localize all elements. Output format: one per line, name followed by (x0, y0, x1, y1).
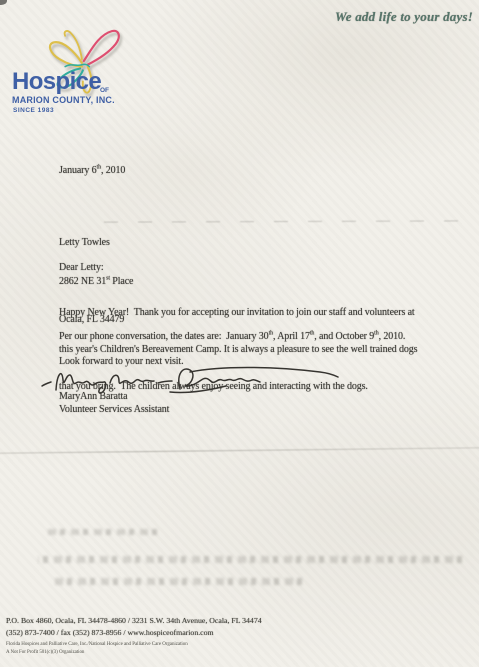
hospice-logo: Hospice OF MARION COUNTY, INC. SINCE 198… (12, 30, 152, 120)
footer-address: P.O. Box 4860, Ocala, FL 34478-4860 / 32… (6, 616, 262, 625)
footer-affiliation: Florida Hospices and Palliative Care, In… (6, 642, 188, 647)
scan-corner-smudge (0, 0, 7, 5)
bleed-through-marks (38, 556, 462, 563)
logo-of-text: OF (100, 87, 109, 94)
paper-crease-upper (104, 220, 474, 222)
logo-hospice-text: Hospice (12, 68, 101, 96)
logo-marion-county-text: MARION COUNTY, INC. (12, 95, 115, 105)
paragraph-line: Happy New Year! Thank you for accepting … (59, 307, 417, 319)
logo-since-text: SINCE 1983 (13, 107, 54, 114)
paragraph-line: this year's Children's Bereavement Camp.… (59, 344, 417, 356)
paper-crease-middle (0, 447, 479, 453)
footer-contact: (352) 873-7400 / fax (352) 873-8956 / ww… (6, 628, 214, 637)
bleed-through-marks (45, 529, 157, 535)
scanned-letter-page: We add life to your days! Hospice OF MAR… (0, 0, 479, 667)
recipient-name: Letty Towles (59, 237, 133, 250)
bleed-through-marks (52, 578, 302, 585)
salutation: Dear Letty: (59, 262, 104, 273)
signer-title: Volunteer Services Assistant (59, 404, 169, 415)
tagline-script-text: We add life to your days! (335, 9, 473, 25)
letter-date: January 6th, 2010 (59, 165, 125, 176)
paragraph-camp-dates: Per our phone conversation, the dates ar… (59, 331, 405, 342)
signer-name: MaryAnn Baratta (59, 391, 127, 402)
footer-nonprofit: A Not For Profit 501(c)(3) Organization (6, 650, 84, 655)
